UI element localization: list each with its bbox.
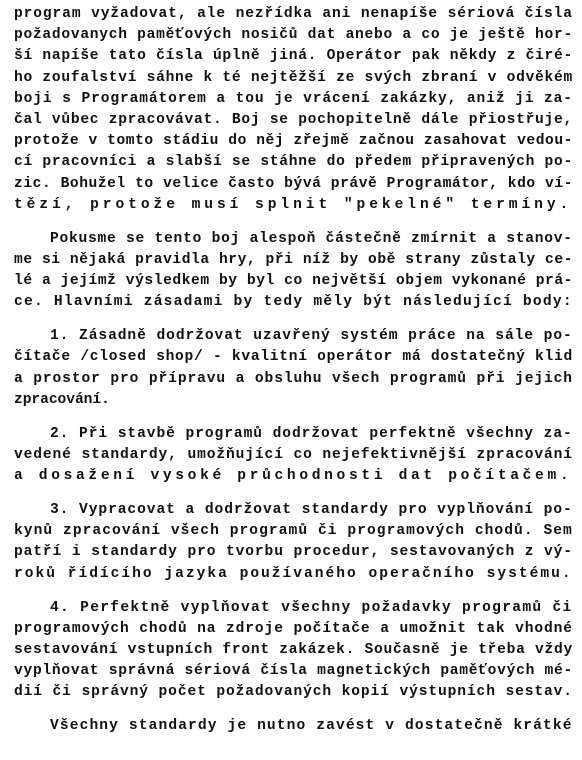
text-line: cí pracovníci a slabší se stáhne do před…	[14, 152, 573, 172]
text-line: a prostor pro přípravu a obsluhu všech p…	[14, 369, 573, 389]
text-line: program vyžadovat, ale nezřídka ani nena…	[14, 4, 573, 24]
text-line: Všechny standardy je nutno zavést v dost…	[50, 716, 573, 736]
text-line: protože v tomto stádiu do něj zřejmě zač…	[14, 131, 573, 151]
text-line: ce. Hlavními zásadami by tedy měly být n…	[14, 292, 573, 312]
text-line: ho zoufalství sáhne k té nejtěžší ze svý…	[14, 68, 573, 88]
text-line: ší napíše tato čísla úplně jiná. Operáto…	[14, 46, 573, 66]
text-line: 2. Při stavbě programů dodržovat perfekt…	[50, 424, 573, 444]
text-line: zic. Bohužel to velice často bývá právě …	[14, 174, 573, 194]
text-line: čítače /closed shop/ - kvalitní operátor…	[14, 347, 573, 367]
text-line: programových chodů na zdroje počítače a …	[14, 619, 573, 639]
text-line: 4. Perfektně vyplňovat všechny požadavky…	[50, 598, 573, 618]
text-line: čal vůbec zpracovávat. Boj se pochopitel…	[14, 110, 573, 130]
text-line: Pokusme se tento boj alespoň částečně zm…	[50, 229, 573, 249]
text-line: 1. Zásadně dodržovat uzavřený systém prá…	[50, 326, 573, 346]
text-line: tězí, protože musí splnit "pekelné" term…	[14, 195, 572, 215]
text-line: a dosažení vysoké průchodnosti dat počít…	[14, 466, 572, 486]
text-line: kynů zpracování všech programů či progra…	[14, 521, 573, 541]
text-line: me si nějaká pravidla hry, při níž by ob…	[14, 250, 573, 270]
text-line: boji s Programátorem a tou je vrácení za…	[14, 89, 573, 109]
text-line: sestavování vstupních front zakázek. Sou…	[14, 640, 573, 660]
text-line: 3. Vypracovat a dodržovat standardy pro …	[50, 500, 573, 520]
text-line: roků řídícího jazyka používaného operačn…	[14, 564, 573, 584]
text-line: vyplňovat správná sériová čísla magnetic…	[14, 661, 573, 681]
text-line: dií či správný počet požadovaných kopií …	[14, 682, 573, 702]
text-line: vedené standardy, umožňující co nejefekt…	[14, 445, 573, 465]
scanned-typewritten-page: program vyžadovat, ale nezřídka ani nena…	[0, 0, 582, 760]
text-line: požadovanych paměťových nosičů dat anebo…	[14, 25, 573, 45]
text-line: lé a jejímž výsledkem by byl co největší…	[14, 271, 573, 291]
text-line: zpracování.	[14, 390, 110, 410]
text-line: patří i standardy pro tvorbu procedur, s…	[14, 542, 573, 562]
